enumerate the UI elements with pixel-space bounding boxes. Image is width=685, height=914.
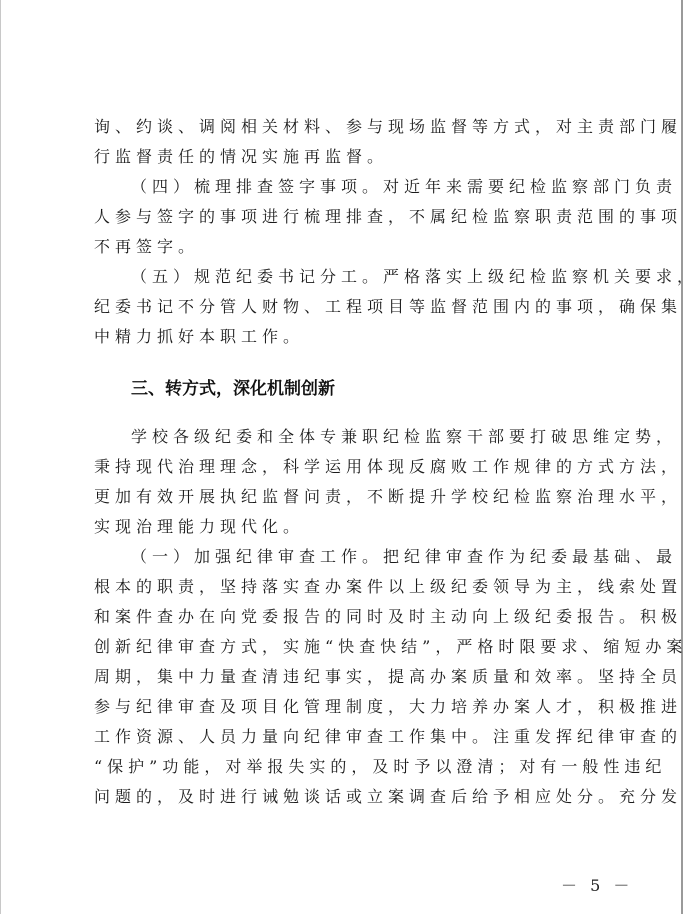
text-line: 问题的，及时进行诫勉谈话或立案调查后给予相应处分。充分发	[94, 782, 604, 812]
text-line: 和案件查办在向党委报告的同时及时主动向上级纪委报告。积极	[94, 602, 604, 632]
text-line: 参与纪律审查及项目化管理制度，大力培养办案人才，积极推进	[94, 692, 604, 722]
text-line: 纪委书记不分管人财物、工程项目等监督范围内的事项，确保集	[94, 292, 604, 322]
text-line: 工作资源、人员力量向纪律审查工作集中。注重发挥纪律审查的	[94, 722, 604, 752]
spacer	[94, 352, 604, 374]
section-heading: 三、转方式，深化机制创新	[94, 374, 604, 404]
text-line: 创新纪律审查方式，实施“快查快结”，严格时限要求、缩短办案	[94, 632, 604, 662]
page-number: － 5 －	[561, 873, 633, 896]
text-line: 更加有效开展执纪监督问责，不断提升学校纪检监察治理水平，	[94, 482, 604, 512]
document-page: 询、约谈、调阅相关材料、参与现场监督等方式，对主责部门履 行监督责任的情况实施再…	[0, 0, 683, 914]
text-line: （五）规范纪委书记分工。严格落实上级纪检监察机关要求，	[94, 262, 604, 292]
text-line: （四）梳理排查签字事项。对近年来需要纪检监察部门负责	[94, 172, 604, 202]
text-line: 周期，集中力量查清违纪事实，提高办案质量和效率。坚持全员	[94, 662, 604, 692]
text-line: 人参与签字的事项进行梳理排查，不属纪检监察职责范围的事项	[94, 202, 604, 232]
text-line: “保护”功能，对举报失实的，及时予以澄清；对有一般性违纪	[94, 752, 604, 782]
document-body: 询、约谈、调阅相关材料、参与现场监督等方式，对主责部门履 行监督责任的情况实施再…	[94, 112, 604, 812]
text-line: 询、约谈、调阅相关材料、参与现场监督等方式，对主责部门履	[94, 112, 604, 142]
text-line: 学校各级纪委和全体专兼职纪检监察干部要打破思维定势，	[94, 422, 604, 452]
text-line: 实现治理能力现代化。	[94, 512, 604, 542]
spacer	[94, 404, 604, 422]
text-line: 秉持现代治理理念，科学运用体现反腐败工作规律的方式方法，	[94, 452, 604, 482]
text-line: （一）加强纪律审查工作。把纪律审查作为纪委最基础、最	[94, 542, 604, 572]
text-line: 行监督责任的情况实施再监督。	[94, 142, 604, 172]
text-line: 中精力抓好本职工作。	[94, 322, 604, 352]
text-line: 不再签字。	[94, 232, 604, 262]
text-line: 根本的职责，坚持落实查办案件以上级纪委领导为主，线索处置	[94, 572, 604, 602]
